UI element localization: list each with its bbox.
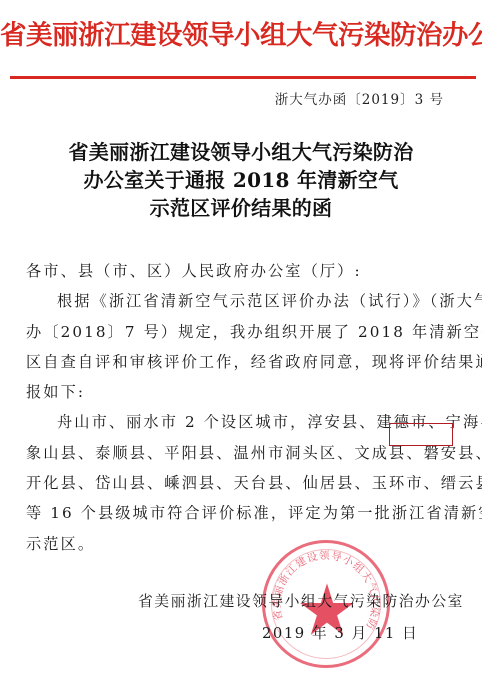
body-line: 办〔2018〕7 号）规定，我办组织开展了 2018 年清新空气示范 <box>26 317 462 347</box>
title-line: 示范区评价结果的函 <box>0 194 482 222</box>
body-line: 示范区。 <box>26 529 462 559</box>
title-line: 办公室关于通报 2018 年清新空气 <box>0 166 482 194</box>
letterhead-divider <box>10 76 476 79</box>
highlight-box-panan-county <box>389 423 453 446</box>
body-line: 开化县、岱山县、嵊泗县、天台县、仙居县、玉环市、缙云县 <box>26 468 462 498</box>
title-line: 省美丽浙江建设领导小组大气污染防治 <box>0 138 482 166</box>
signature-date: 2019 年 3 月 11 日 <box>262 622 418 643</box>
body-line: 报如下: <box>26 377 462 407</box>
body-line: 等 16 个县级城市符合评价标准，评定为第一批浙江省清新空气 <box>26 498 462 528</box>
signature-office: 省美丽浙江建设领导小组大气污染防治办公室 <box>138 590 464 611</box>
document-body: 各市、县（市、区）人民政府办公室（厅）: 根据《浙江省清新空气示范区评价办法（试… <box>26 256 462 559</box>
salutation: 各市、县（市、区）人民政府办公室（厅）: <box>26 256 462 286</box>
body-line: 区自查自评和审核评价工作，经省政府同意，现将评价结果通 <box>26 347 462 377</box>
document-number: 浙大气办函〔2019〕3 号 <box>275 88 444 108</box>
issuer-letterhead: 省美丽浙江建设领导小组大气污染防治办公室 <box>0 16 482 56</box>
body-line: 根据《浙江省清新空气示范区评价办法（试行）》（浙大气 <box>26 286 462 316</box>
document-title: 省美丽浙江建设领导小组大气污染防治 办公室关于通报 2018 年清新空气 示范区… <box>0 138 482 222</box>
